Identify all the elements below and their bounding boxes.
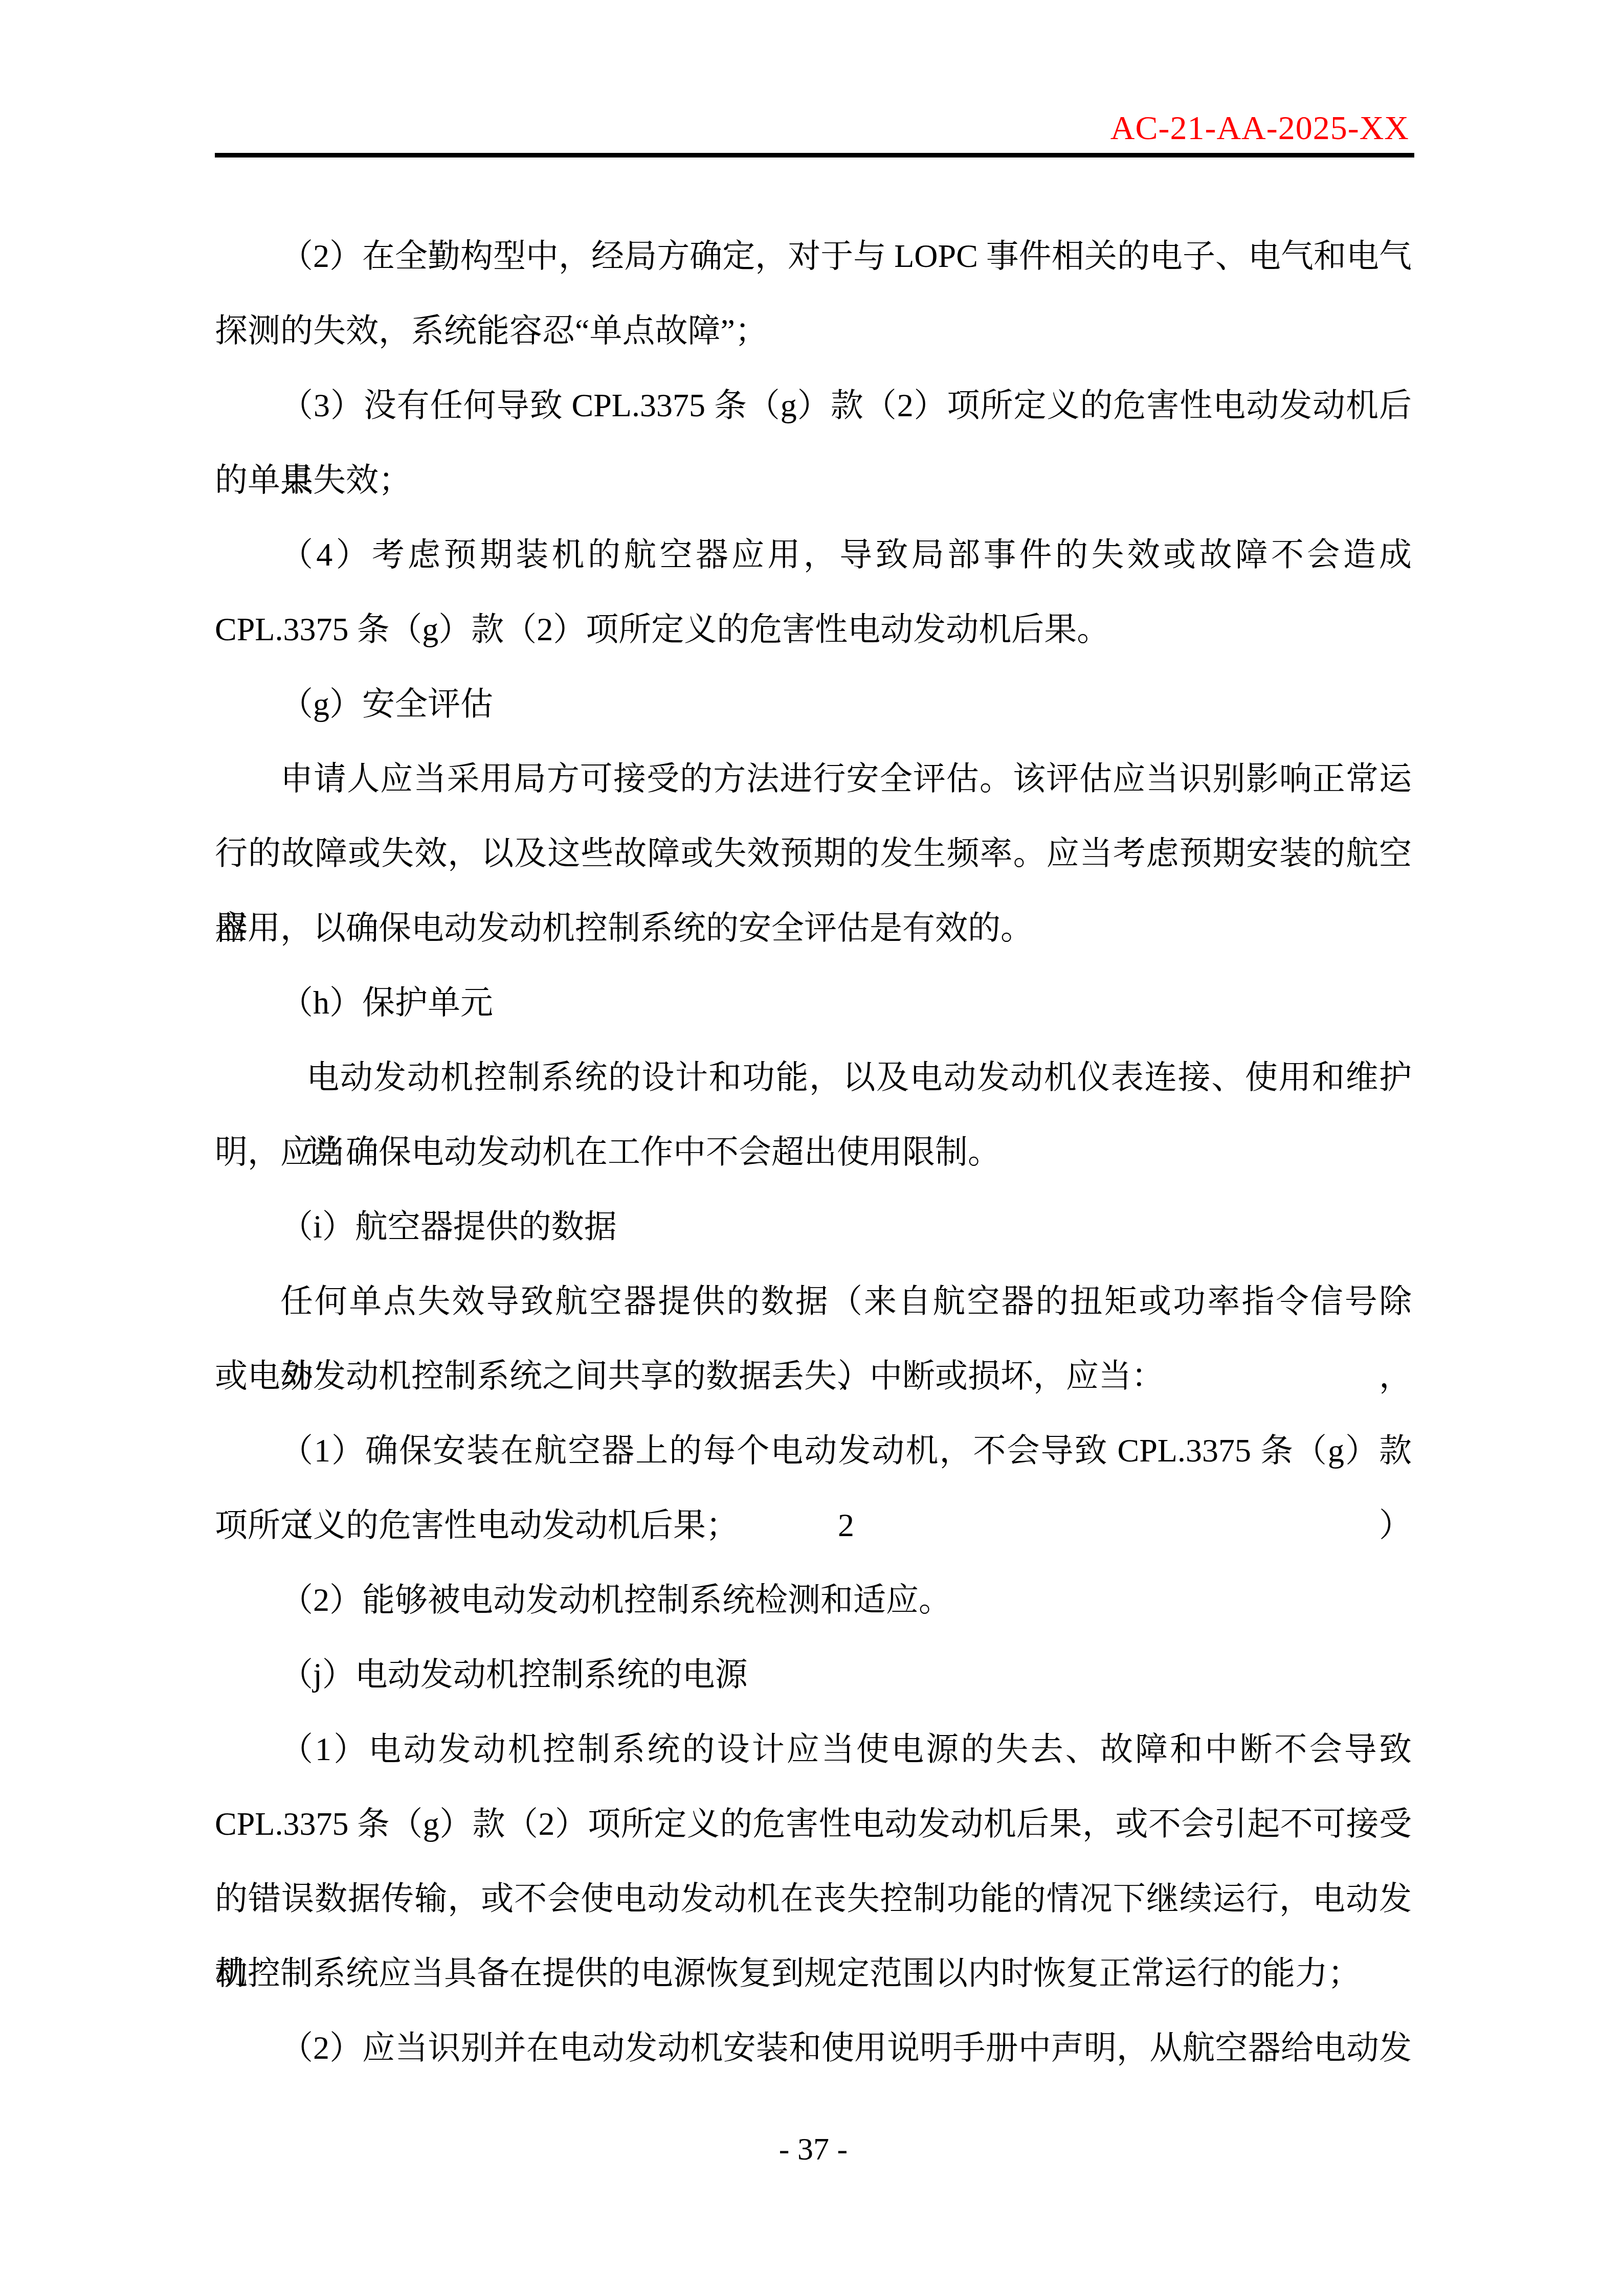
text-line: 的错误数据传输，或不会使电动发动机在丧失控制功能的情况下继续运行，电动发动 (215, 1861, 1412, 1936)
text-line: （1）确保安装在航空器上的每个电动发动机，不会导致 CPL.3375 条（g）款… (215, 1413, 1412, 1488)
document-number: AC-21-AA-2025-XX (1110, 109, 1414, 147)
text-line: （h）保护单元 (215, 965, 1412, 1040)
text-line: （1）电动发动机控制系统的设计应当使电源的失去、故障和中断不会导致 (215, 1712, 1412, 1787)
text-line: （i）航空器提供的数据 (215, 1189, 1412, 1264)
paragraph: （4）考虑预期装机的航空器应用，导致局部事件的失效或故障不会造成CPL.3375… (215, 517, 1412, 667)
text-line: （3）没有任何导致 CPL.3375 条（g）款（2）项所定义的危害性电动发动机… (215, 368, 1412, 443)
text-line: 申请人应当采用局方可接受的方法进行安全评估。该评估应当识别影响正常运 (215, 741, 1412, 816)
text-line: 的单点失效； (215, 443, 1412, 517)
text-line: CPL.3375 条（g）款（2）项所定义的危害性电动发动机后果，或不会引起不可… (215, 1787, 1412, 1861)
text-line: （g）安全评估 (215, 667, 1412, 741)
text-line: CPL.3375 条（g）款（2）项所定义的危害性电动发动机后果。 (215, 592, 1412, 667)
text-line: （2）能够被电动发动机控制系统检测和适应。 (215, 1563, 1412, 1637)
paragraph: （2）能够被电动发动机控制系统检测和适应。 (215, 1563, 1412, 1637)
text-line: 电动发动机控制系统的设计和功能，以及电动发动机仪表连接、使用和维护说 (215, 1040, 1412, 1115)
paragraph: （h）保护单元 (215, 965, 1412, 1040)
text-line: （j）电动发动机控制系统的电源 (215, 1637, 1412, 1712)
header-rule (215, 153, 1414, 157)
text-line: 明，应当确保电动发动机在工作中不会超出使用限制。 (215, 1115, 1412, 1189)
document-body: （2）在全勤构型中，经局方确定，对于与 LOPC 事件相关的电子、电气和电气探测… (215, 219, 1412, 2085)
text-line: （4）考虑预期装机的航空器应用，导致局部事件的失效或故障不会造成 (215, 517, 1412, 592)
text-line: 应用，以确保电动发动机控制系统的安全评估是有效的。 (215, 891, 1412, 965)
paragraph: （3）没有任何导致 CPL.3375 条（g）款（2）项所定义的危害性电动发动机… (215, 368, 1412, 517)
text-line: 任何单点失效导致航空器提供的数据（来自航空器的扭矩或功率指令信号除外）， (215, 1264, 1412, 1339)
page-footer: - 37 - (215, 2130, 1412, 2168)
text-line: （2）在全勤构型中，经局方确定，对于与 LOPC 事件相关的电子、电气和电气 (215, 219, 1412, 294)
page-number: - 37 - (779, 2132, 848, 2167)
paragraph: （2）在全勤构型中，经局方确定，对于与 LOPC 事件相关的电子、电气和电气探测… (215, 219, 1412, 368)
text-line: 机控制系统应当具备在提供的电源恢复到规定范围以内时恢复正常运行的能力； (215, 1936, 1412, 2011)
paragraph: 申请人应当采用局方可接受的方法进行安全评估。该评估应当识别影响正常运行的故障或失… (215, 741, 1412, 965)
paragraph: （1）确保安装在航空器上的每个电动发动机，不会导致 CPL.3375 条（g）款… (215, 1413, 1412, 1563)
paragraph: （g）安全评估 (215, 667, 1412, 741)
paragraph: 任何单点失效导致航空器提供的数据（来自航空器的扭矩或功率指令信号除外），或电动发… (215, 1264, 1412, 1413)
text-line: （2）应当识别并在电动发动机安装和使用说明手册中声明，从航空器给电动发 (215, 2011, 1412, 2085)
text-line: 探测的失效，系统能容忍“单点故障”； (215, 294, 1412, 368)
paragraph: （i）航空器提供的数据 (215, 1189, 1412, 1264)
paragraph: （2）应当识别并在电动发动机安装和使用说明手册中声明，从航空器给电动发 (215, 2011, 1412, 2085)
page-header: AC-21-AA-2025-XX (215, 111, 1414, 145)
document-page: AC-21-AA-2025-XX （2）在全勤构型中，经局方确定，对于与 LOP… (0, 0, 1624, 2296)
paragraph: 电动发动机控制系统的设计和功能，以及电动发动机仪表连接、使用和维护说明，应当确保… (215, 1040, 1412, 1189)
paragraph: （j）电动发动机控制系统的电源 (215, 1637, 1412, 1712)
text-line: 行的故障或失效，以及这些故障或失效预期的发生频率。应当考虑预期安装的航空器 (215, 816, 1412, 891)
paragraph: （1）电动发动机控制系统的设计应当使电源的失去、故障和中断不会导致CPL.337… (215, 1712, 1412, 2011)
